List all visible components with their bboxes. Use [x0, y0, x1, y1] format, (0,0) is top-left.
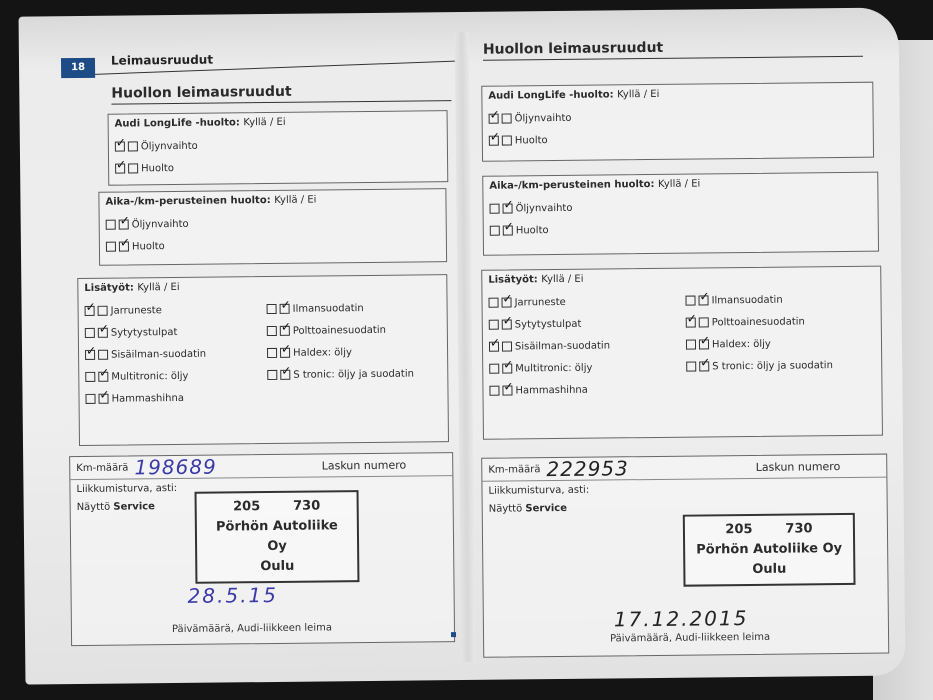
- no-checkbox[interactable]: [502, 135, 512, 145]
- yes-checkbox[interactable]: [85, 372, 95, 382]
- yes-checkbox[interactable]: [489, 342, 499, 352]
- yes-checkbox[interactable]: [685, 296, 695, 306]
- no-checkbox[interactable]: [119, 241, 129, 251]
- item-label: Sisäilman-suodatin: [515, 340, 610, 352]
- item-label: Hammashihna: [515, 384, 588, 396]
- no-checkbox[interactable]: [98, 350, 108, 360]
- checklist-item: Huolto: [490, 216, 872, 242]
- longlife-box: Audi LongLife -huolto: Kyllä / EiÖljynva…: [481, 82, 874, 162]
- no-checkbox[interactable]: [503, 225, 513, 235]
- service-booklet: 18 Leimausruudut Huollon leimausruudut A…: [19, 7, 906, 684]
- invoice-label: Laskun numero: [756, 460, 841, 474]
- checklist-item: Sytytystulpat: [85, 320, 259, 344]
- display-service: Service: [525, 502, 567, 513]
- yes-no-options: Kyllä / Ei: [658, 178, 700, 189]
- item-label: Polttoainesuodatin: [712, 316, 805, 328]
- item-label: Haldex: öljy: [712, 338, 771, 350]
- yes-checkbox[interactable]: [115, 142, 125, 152]
- dealer-name: Pörhön Autoliike Oy: [207, 516, 347, 557]
- yes-checkbox[interactable]: [115, 164, 125, 174]
- checklist-item: Haldex: öljy: [686, 332, 875, 356]
- no-checkbox[interactable]: [501, 297, 511, 307]
- no-checkbox[interactable]: [119, 219, 129, 229]
- no-checkbox[interactable]: [128, 163, 138, 173]
- checklist-item: Polttoainesuodatin: [686, 310, 875, 334]
- box-heading: Audi LongLife -huolto: Kyllä / Ei: [488, 87, 866, 102]
- service-stamp-area: Km-määrä 198689 Laskun numero Liikkumist…: [69, 452, 455, 646]
- checklist-item: Huolto: [106, 232, 440, 257]
- yes-no-options: Kyllä / Ei: [274, 195, 316, 206]
- item-label: S tronic: öljy ja suodatin: [712, 360, 833, 372]
- no-checkbox[interactable]: [98, 328, 108, 338]
- yes-checkbox[interactable]: [267, 370, 277, 380]
- checklist-item: Hammashihna: [489, 378, 678, 402]
- no-checkbox[interactable]: [280, 348, 290, 358]
- box-heading: Lisätyöt: Kyllä / Ei: [488, 271, 874, 286]
- item-label: Jarruneste: [514, 296, 565, 308]
- checklist-item: Ilmansuodatin: [266, 296, 440, 320]
- item-label: Öljynvaihto: [515, 112, 572, 124]
- dealer-city: Oulu: [207, 556, 347, 577]
- no-checkbox[interactable]: [98, 372, 108, 382]
- yes-checkbox[interactable]: [267, 348, 277, 358]
- service-stamp-area: Km-määrä 222953 Laskun numero Liikkumist…: [481, 454, 889, 658]
- no-checkbox[interactable]: [280, 304, 290, 314]
- km-value: 222953: [546, 456, 629, 481]
- no-checkbox[interactable]: [98, 306, 108, 316]
- yes-checkbox[interactable]: [488, 298, 498, 308]
- no-checkbox[interactable]: [502, 385, 512, 395]
- yes-no-options: Kyllä / Ei: [137, 282, 179, 293]
- yes-checkbox[interactable]: [106, 242, 116, 252]
- yes-checkbox[interactable]: [489, 136, 499, 146]
- no-checkbox[interactable]: [128, 141, 138, 151]
- signature-label: Päivämäärä, Audi-liikkeen leima: [610, 632, 770, 645]
- checklist-item: Sytytystulpat: [489, 312, 678, 336]
- yes-checkbox[interactable]: [686, 340, 696, 350]
- dealer-stamp: 205730 Pörhön Autoliike Oy Oulu: [195, 490, 360, 584]
- no-checkbox[interactable]: [699, 339, 709, 349]
- longlife-box: Audi LongLife -huolto: Kyllä / EiÖljynva…: [108, 110, 449, 186]
- km-value: 198689: [134, 455, 217, 480]
- yes-checkbox[interactable]: [85, 350, 95, 360]
- right-page: Huollon leimausruudut Audi LongLife -huo…: [467, 8, 894, 680]
- checklist-item: Jarruneste: [488, 290, 677, 314]
- box-heading: Aika-/km-perusteinen huolto: Kyllä / Ei: [105, 193, 439, 207]
- yes-checkbox[interactable]: [489, 364, 499, 374]
- yes-checkbox[interactable]: [686, 362, 696, 372]
- no-checkbox[interactable]: [699, 361, 709, 371]
- checklist-item: Jarruneste: [84, 298, 258, 322]
- no-checkbox[interactable]: [502, 341, 512, 351]
- yes-checkbox[interactable]: [686, 318, 696, 328]
- km-label: Km-määrä: [76, 462, 128, 474]
- yes-checkbox[interactable]: [85, 394, 95, 404]
- checklist-item: Multitronic: öljy: [489, 356, 678, 380]
- checklist-item: S tronic: öljy ja suodatin: [686, 354, 875, 378]
- item-label: Öljynvaihto: [132, 218, 189, 230]
- item-label: Sytytystulpat: [515, 318, 582, 330]
- running-head: Leimausruudut: [111, 53, 213, 68]
- item-label: Haldex: öljy: [293, 347, 352, 359]
- no-checkbox[interactable]: [280, 370, 290, 380]
- yes-checkbox[interactable]: [267, 304, 277, 314]
- checklist-item: Sisäilman-suodatin: [489, 334, 678, 358]
- no-checkbox[interactable]: [502, 113, 512, 123]
- invoice-label: Laskun numero: [322, 458, 407, 472]
- item-label: Huolto: [141, 163, 174, 174]
- signature-label: Päivämäärä, Audi-liikkeen leima: [172, 622, 332, 635]
- checklist-item: Haldex: öljy: [267, 340, 441, 364]
- item-label: Hammashihna: [111, 392, 184, 404]
- display-service: Service: [113, 501, 155, 512]
- yes-checkbox[interactable]: [267, 326, 277, 336]
- checklist-item: Multitronic: öljy: [85, 364, 259, 388]
- checklist-item: S tronic: öljy ja suodatin: [267, 362, 441, 386]
- item-label: Öljynvaihto: [516, 202, 573, 214]
- no-checkbox[interactable]: [280, 326, 290, 336]
- dealer-numbers: 205730: [207, 496, 347, 517]
- yes-checkbox[interactable]: [489, 114, 499, 124]
- item-label: Ilmansuodatin: [293, 303, 364, 315]
- page-number: 18: [61, 58, 95, 78]
- checklist-item: Polttoainesuodatin: [267, 318, 441, 342]
- item-label: Sisäilman-suodatin: [111, 348, 206, 360]
- item-label: Multitronic: öljy: [111, 370, 188, 382]
- yes-checkbox[interactable]: [489, 320, 499, 330]
- item-label: Jarruneste: [111, 305, 162, 317]
- service-date: 17.12.2015: [614, 606, 749, 631]
- extra-work-box: Lisätyöt: Kyllä / EiJarrunesteIlmansuoda…: [481, 266, 883, 440]
- left-page: 18 Leimausruudut Huollon leimausruudut A…: [19, 12, 466, 685]
- item-label: Huolto: [516, 225, 549, 236]
- item-label: Polttoainesuodatin: [293, 324, 386, 336]
- no-checkbox[interactable]: [698, 295, 708, 305]
- yes-checkbox[interactable]: [490, 204, 500, 214]
- yes-checkbox[interactable]: [490, 226, 500, 236]
- yes-checkbox[interactable]: [106, 220, 116, 230]
- dealer-city: Oulu: [695, 559, 843, 581]
- yes-no-options: Kyllä / Ei: [617, 89, 659, 100]
- box-heading: Audi LongLife -huolto: Kyllä / Ei: [115, 115, 441, 129]
- checklist-item: Ilmansuodatin: [685, 288, 874, 312]
- section-title: Huollon leimausruudut: [111, 82, 451, 105]
- time-km-box: Aika-/km-perusteinen huolto: Kyllä / EiÖ…: [98, 188, 447, 266]
- dealer-stamp: 205730 Pörhön Autoliike Oy Oulu: [683, 513, 856, 587]
- extra-work-box: Lisätyöt: Kyllä / EiJarrunesteIlmansuoda…: [77, 274, 449, 446]
- checklist-item: Sisäilman-suodatin: [85, 342, 259, 366]
- time-km-box: Aika-/km-perusteinen huolto: Kyllä / EiÖ…: [482, 172, 879, 256]
- no-checkbox[interactable]: [503, 203, 513, 213]
- service-date: 28.5.15: [187, 583, 278, 608]
- item-label: Öljynvaihto: [141, 140, 198, 152]
- yes-checkbox[interactable]: [489, 386, 499, 396]
- section-title: Huollon leimausruudut: [483, 38, 863, 61]
- no-checkbox[interactable]: [98, 394, 108, 404]
- yes-no-options: Kyllä / Ei: [243, 117, 285, 128]
- checklist-item: Huolto: [489, 126, 867, 152]
- dealer-name: Pörhön Autoliike Oy: [695, 539, 843, 561]
- item-label: S tronic: öljy ja suodatin: [293, 368, 414, 380]
- yes-checkbox[interactable]: [85, 328, 95, 338]
- no-checkbox[interactable]: [502, 363, 512, 373]
- item-label: Ilmansuodatin: [711, 294, 782, 306]
- item-label: Multitronic: öljy: [515, 362, 592, 374]
- yes-no-options: Kyllä / Ei: [541, 274, 583, 285]
- checklist-item: Huolto: [115, 154, 441, 179]
- item-label: Huolto: [132, 241, 165, 252]
- box-heading: Aika-/km-perusteinen huolto: Kyllä / Ei: [489, 177, 871, 192]
- page-marker: [451, 632, 456, 637]
- item-label: Sytytystulpat: [111, 326, 178, 338]
- dealer-numbers: 205730: [695, 519, 843, 541]
- item-label: Huolto: [515, 135, 548, 146]
- display-label: Näyttö: [489, 503, 523, 514]
- display-label: Näyttö: [77, 501, 111, 512]
- no-checkbox[interactable]: [699, 317, 709, 327]
- box-heading: Lisätyöt: Kyllä / Ei: [84, 279, 440, 294]
- km-label: Km-määrä: [488, 464, 540, 476]
- checklist-item: Hammashihna: [85, 386, 259, 410]
- yes-checkbox[interactable]: [85, 306, 95, 316]
- no-checkbox[interactable]: [502, 319, 512, 329]
